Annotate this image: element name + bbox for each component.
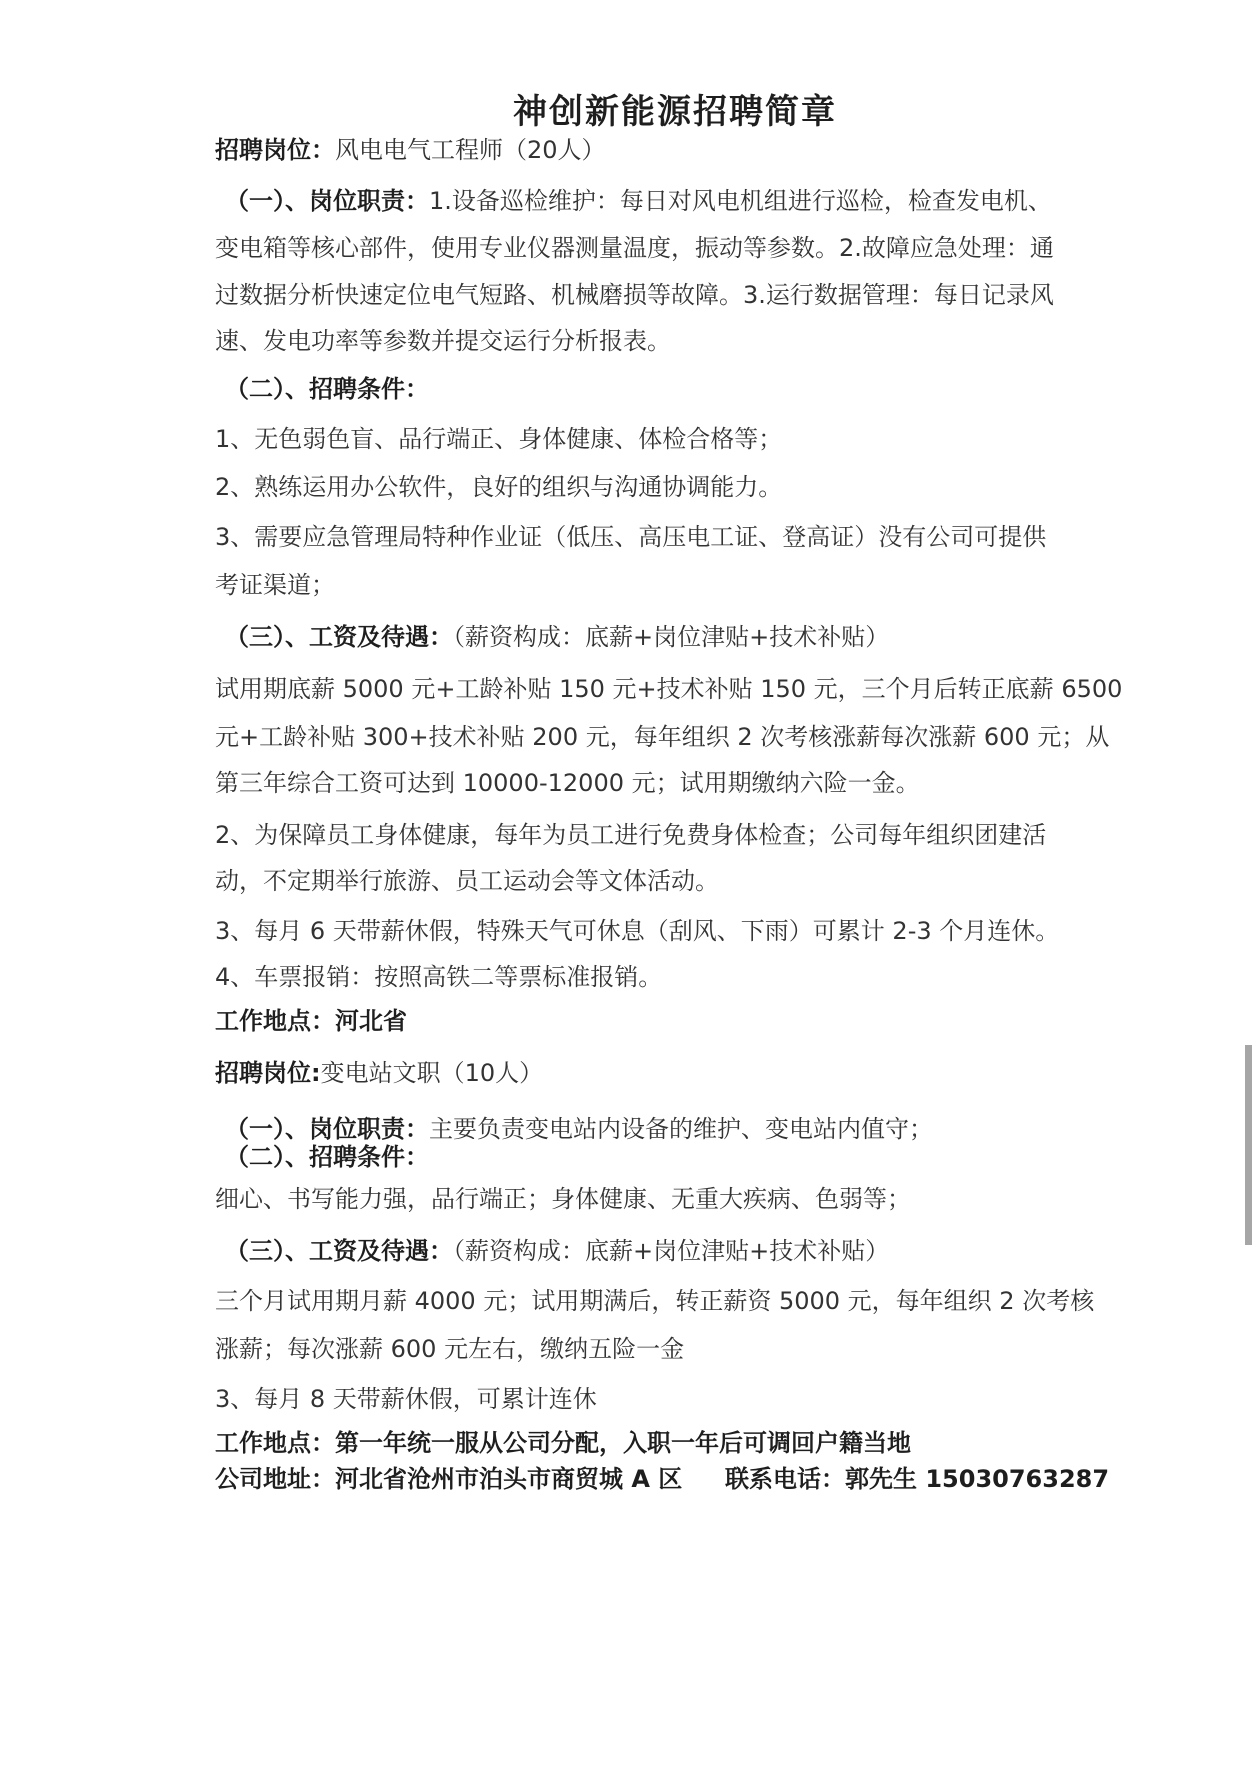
job1-benefit-2-cont: 动，不定期举行旅游、员工运动会等文体活动。: [215, 866, 719, 896]
job1-duties-line-1: （一）、岗位职责：1.设备巡检维护：每日对风电机组进行巡检，检查发电机、: [225, 186, 1052, 216]
job1-duties-label: （一）、岗位职责：: [225, 187, 429, 215]
job1-requirement-1: 1、无色弱色盲、品行端正、身体健康、体检合格等；: [215, 424, 782, 454]
job2-position-label: 招聘岗位:: [215, 1059, 321, 1087]
job1-location: 工作地点：河北省: [215, 1006, 407, 1036]
footer-address: 公司地址：河北省沧州市泊头市商贸城 A 区: [215, 1464, 682, 1494]
job1-salary-heading: （三）、工资及待遇：（薪资构成：底薪+岗位津贴+技术补贴）: [225, 622, 889, 652]
job2-salary-label: （三）、工资及待遇：: [225, 1237, 453, 1265]
recruitment-document: 神创新能源招聘简章 招聘岗位：风电电气工程师（20人） （一）、岗位职责：1.设…: [0, 0, 1260, 1792]
document-title: 神创新能源招聘简章: [0, 84, 1260, 133]
job1-position-value: 风电电气工程师（20人）: [335, 136, 606, 164]
job1-requirement-3-cont: 考证渠道；: [215, 570, 335, 600]
job1-position: 招聘岗位：风电电气工程师（20人）: [215, 135, 606, 165]
job2-salary-heading: （三）、工资及待遇：（薪资构成：底薪+岗位津贴+技术补贴）: [225, 1236, 889, 1266]
job2-salary-note: （薪资构成：底薪+岗位津贴+技术补贴）: [453, 1237, 889, 1265]
job1-duties-line-2: 变电箱等核心部件，使用专业仪器测量温度，振动等参数。2.故障应急处理：通: [215, 233, 1054, 263]
footer-location: 工作地点：第一年统一服从公司分配，入职一年后可调回户籍当地: [215, 1428, 911, 1458]
job1-position-label: 招聘岗位：: [215, 136, 335, 164]
job1-requirement-2: 2、熟练运用办公软件，良好的组织与沟通协调能力。: [215, 472, 782, 502]
job1-salary-line-1: 试用期底薪 5000 元+工龄补贴 150 元+技术补贴 150 元，三个月后转…: [215, 674, 1122, 704]
job2-duties: （一）、岗位职责：主要负责变电站内设备的维护、变电站内值守；: [225, 1114, 933, 1144]
job2-requirements-label: （二）、招聘条件：: [225, 1142, 429, 1172]
job1-benefit-3: 3、每月 6 天带薪休假，特殊天气可休息（刮风、下雨）可累计 2-3 个月连休。: [215, 916, 1059, 946]
job2-duties-label: （一）、岗位职责：: [225, 1115, 429, 1143]
job1-requirement-3: 3、需要应急管理局特种作业证（低压、高压电工证、登高证）没有公司可提供: [215, 522, 1046, 552]
job1-salary-line-3: 第三年综合工资可达到 10000-12000 元；试用期缴纳六险一金。: [215, 768, 920, 798]
job2-salary-line-2: 涨薪；每次涨薪 600 元左右，缴纳五险一金: [215, 1334, 684, 1364]
job1-duties-line-3: 过数据分析快速定位电气短路、机械磨损等故障。3.运行数据管理：每日记录风: [215, 280, 1054, 310]
job1-salary-label: （三）、工资及待遇：: [225, 623, 453, 651]
job1-benefit-2: 2、为保障员工身体健康，每年为员工进行免费身体检查；公司每年组织团建活: [215, 820, 1046, 850]
job1-benefit-4: 4、车票报销：按照高铁二等票标准报销。: [215, 962, 662, 992]
job2-salary-line-1: 三个月试用期月薪 4000 元；试用期满后，转正薪资 5000 元，每年组织 2…: [215, 1286, 1094, 1316]
job2-position: 招聘岗位:变电站文职（10人）: [215, 1058, 543, 1088]
job2-benefit-3: 3、每月 8 天带薪休假，可累计连休: [215, 1384, 597, 1414]
job1-salary-note: （薪资构成：底薪+岗位津贴+技术补贴）: [453, 623, 889, 651]
job1-salary-line-2: 元+工龄补贴 300+技术补贴 200 元，每年组织 2 次考核涨薪每次涨薪 6…: [215, 722, 1109, 752]
job1-duties-text: 1.设备巡检维护：每日对风电机组进行巡检，检查发电机、: [429, 187, 1052, 215]
job2-requirements-text: 细心、书写能力强，品行端正；身体健康、无重大疾病、色弱等；: [215, 1184, 911, 1214]
job2-position-value: 变电站文职（10人）: [321, 1059, 544, 1087]
footer-contact: 联系电话：郭先生 15030763287: [725, 1464, 1109, 1494]
job1-requirements-label: （二）、招聘条件：: [225, 374, 429, 404]
job2-duties-text: 主要负责变电站内设备的维护、变电站内值守；: [429, 1115, 933, 1143]
job1-duties-line-4: 速、发电功率等参数并提交运行分析报表。: [215, 326, 671, 356]
scrollbar-thumb[interactable]: [1245, 1045, 1252, 1245]
